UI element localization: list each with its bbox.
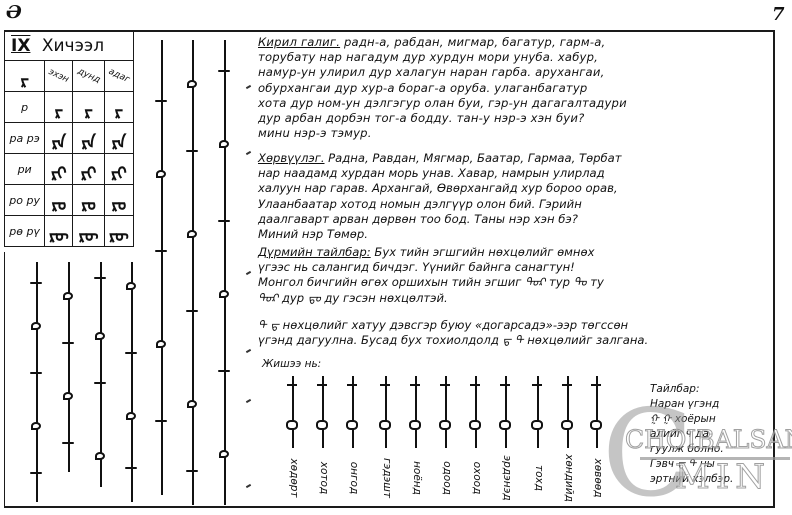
- glyph-cell: ᠷᠢ: [104, 154, 133, 185]
- glyph-cell: ᠷ: [104, 92, 133, 123]
- table-row: ри ᠷᠢ ᠷᠢ ᠷᠢ: [5, 154, 134, 185]
- example-item: эрдэнэд: [495, 372, 521, 502]
- transliteration-paragraph: Кирил галиг. радн-а, рабдан, мигмар, баг…: [258, 35, 778, 141]
- mongolian-word: [352, 376, 354, 448]
- mongolian-script-column: [62, 262, 76, 472]
- glyph-cell: ᠷᠡ: [104, 123, 133, 154]
- side-note-heading: Тайлбар:: [650, 382, 780, 397]
- transliteration-heading: Кирил галиг.: [258, 35, 340, 49]
- margin-mark: [246, 484, 251, 488]
- table-row: ра рэ ᠷᠠ ᠷᠠ ᠷᠡ: [5, 123, 134, 154]
- column-header-medial: дунд: [73, 61, 104, 92]
- mongolian-word: [596, 376, 598, 448]
- lesson-table: IX Хичээл ᠷ эхэн дунд адаг р ᠷ ᠷ ᠷ ра рэ…: [4, 31, 134, 247]
- table-row: р ᠷ ᠷ ᠷ: [5, 92, 134, 123]
- table-row: рө рү ᠷᠥ ᠷᠥ ᠷᠥ: [5, 216, 134, 247]
- mongolian-word: [415, 376, 417, 448]
- glyph-cell: ᠷᠠ: [45, 123, 73, 154]
- example-item: тохд: [527, 372, 553, 502]
- example-item: хөвөөд: [586, 372, 612, 502]
- mongolian-word: [567, 376, 569, 448]
- example-item: онгод: [342, 372, 368, 502]
- row-label: ри: [5, 154, 45, 185]
- mongolian-word: [445, 376, 447, 448]
- glyph-cell: ᠷᠣ: [73, 185, 104, 216]
- example-item: хотод: [312, 372, 338, 502]
- translation-heading: Хөрвүүлэг.: [258, 151, 325, 165]
- row-label: р: [5, 92, 45, 123]
- table-row: ро ру ᠷᠣ ᠷᠣ ᠷᠣ: [5, 185, 134, 216]
- glyph-cell: ᠷᠢ: [73, 154, 104, 185]
- row-label: ра рэ: [5, 123, 45, 154]
- lesson-title-text: Хичээл: [42, 36, 104, 56]
- margin-mark: [246, 151, 251, 155]
- glyph-cell: ᠷᠠ: [73, 123, 104, 154]
- column-header-initial: эхэн: [45, 61, 73, 92]
- grammar-note-heading: Дүрмийн тайлбар:: [258, 245, 371, 259]
- margin-mark: [246, 271, 251, 275]
- mongolian-script-column: [218, 40, 232, 505]
- glyph-cell: ᠷᠣ: [45, 185, 73, 216]
- glyph-cell: ᠷ: [45, 92, 73, 123]
- mongolian-r-letter-icon: ᠷ: [5, 61, 45, 92]
- examples-label: Жишээ нь:: [262, 358, 321, 370]
- example-item: одоод: [435, 372, 461, 502]
- margin-mark: [246, 85, 251, 89]
- grammar-note-paragraph: Дүрмийн тайлбар: Бух тийн эгшгийн нөхцөл…: [258, 245, 778, 306]
- left-page-number: Ә: [6, 2, 22, 23]
- side-note: Тайлбар: Наран үгэнд ᠭ ᠭ хоёрын алийг ч …: [650, 382, 780, 487]
- row-label: ро ру: [5, 185, 45, 216]
- margin-mark: [246, 399, 251, 403]
- mongolian-script-column: [94, 262, 108, 487]
- glyph-cell: ᠷᠥ: [45, 216, 73, 247]
- glyph-cell: ᠷᠣ: [104, 185, 133, 216]
- right-page-number: 7: [772, 4, 785, 25]
- lesson-title: IX Хичээл: [5, 32, 134, 61]
- glyph-cell: ᠷᠢ: [45, 154, 73, 185]
- consonant-note-paragraph: ᠲ ᠳ нөхцөлийг хатуу дэвсгэр буюу «догарс…: [258, 318, 783, 348]
- mongolian-script-column: [155, 40, 169, 495]
- mongolian-word: [292, 376, 294, 448]
- mongolian-word: [537, 376, 539, 448]
- example-item: ноёнд: [405, 372, 431, 502]
- examples-list: хөдөрт хотод онгод гэдэшт ноёнд одоод ох…: [282, 372, 642, 502]
- lesson-number: IX: [11, 36, 30, 56]
- margin-mark: [246, 349, 251, 353]
- column-header-final: адаг: [104, 61, 133, 92]
- mongolian-script-column: [30, 262, 44, 502]
- mongolian-script-column: [186, 40, 200, 505]
- mongolian-script-column: [125, 262, 139, 502]
- glyph-cell: ᠷᠥ: [73, 216, 104, 247]
- row-label: рө рү: [5, 216, 45, 247]
- glyph-cell: ᠷᠥ: [104, 216, 133, 247]
- mongolian-word: [322, 376, 324, 448]
- example-item: охоод: [465, 372, 491, 502]
- glyph-cell: ᠷ: [73, 92, 104, 123]
- mongolian-word: [385, 376, 387, 448]
- mongolian-word: [475, 376, 477, 448]
- example-item: гэдэшт: [375, 372, 401, 502]
- mongolian-word: [505, 376, 507, 448]
- example-item: хөндийд: [557, 372, 583, 502]
- translation-paragraph: Хөрвүүлэг. Радна, Равдан, Мягмар, Баатар…: [258, 151, 778, 242]
- example-item: хөдөрт: [282, 372, 308, 502]
